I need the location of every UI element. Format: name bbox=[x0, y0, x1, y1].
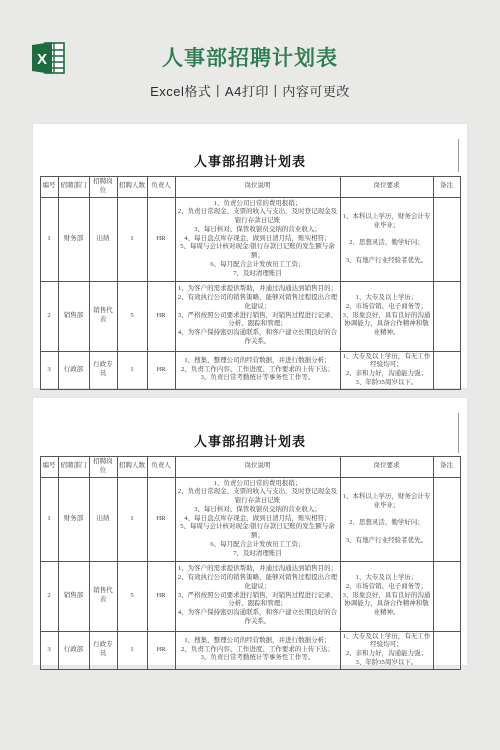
cell-owner: HR bbox=[147, 631, 175, 669]
cell-requirements: 1、大专及以上学历； 2、市场营销、电子商务等； 3、形象良好，具有良好的沟通协… bbox=[340, 561, 433, 631]
cell-dept: 销售部 bbox=[58, 281, 89, 351]
page-header: X 人事部招聘计划表 Excel格式丨A4打印丨内容可更改 bbox=[0, 0, 500, 110]
cell-dept: 财务部 bbox=[58, 477, 89, 561]
cell-description: 1、搜集、整理公司的经营数据，并进行数据分析； 2、负责工作内容、工作进度、工作… bbox=[175, 631, 340, 669]
cell-note bbox=[433, 561, 460, 631]
cell-requirements: 1、大专及以上学历，有无工作经验均可； 2、亲和力好，沟通能力强； 3、年龄35… bbox=[340, 631, 433, 669]
cell-owner: HR bbox=[147, 477, 175, 561]
col-header-position: 招聘岗位 bbox=[89, 177, 117, 198]
cell-headcount: 5 bbox=[117, 281, 147, 351]
cell-requirements: 1、大专及以上学历； 2、市场营销、电子商务等； 3、形象良好，具有良好的沟通协… bbox=[340, 281, 433, 351]
col-header-no: 编号 bbox=[40, 177, 58, 198]
col-header-requirements: 岗位要求 bbox=[340, 457, 433, 478]
cell-note bbox=[433, 631, 460, 669]
gridline-artifact bbox=[458, 139, 459, 172]
col-header-position: 招聘岗位 bbox=[89, 457, 117, 478]
col-header-description: 岗位说明 bbox=[175, 457, 340, 478]
cell-note bbox=[433, 477, 460, 561]
cell-description: 1、为客户的需求提供帮助，并通过沟通达到销售目的； 2、有效执行公司的销售策略，… bbox=[175, 561, 340, 631]
cell-position: 销售代表 bbox=[89, 281, 117, 351]
excel-logo-icon: X bbox=[32, 41, 66, 75]
cell-description: 1、负责公司日常的费用报销； 2、负责日常现金、支票的收入与支出，及时登记现金及… bbox=[175, 197, 340, 281]
col-header-note: 备注 bbox=[433, 457, 460, 478]
cell-note bbox=[433, 197, 460, 281]
col-header-owner: 负责人 bbox=[147, 457, 175, 478]
cell-position: 出纳 bbox=[89, 197, 117, 281]
page-subtitle: Excel格式丨A4打印丨内容可更改 bbox=[0, 81, 500, 100]
cell-description: 1、负责公司日常的费用报销； 2、负责日常现金、支票的收入与支出，及时登记现金及… bbox=[175, 477, 340, 561]
recruitment-table: 编号 招聘部门 招聘岗位 招聘人数 负责人 岗位说明 岗位要求 备注 1 财务部… bbox=[40, 176, 461, 390]
cell-owner: HR bbox=[147, 281, 175, 351]
table-header-row: 编号 招聘部门 招聘岗位 招聘人数 负责人 岗位说明 岗位要求 备注 bbox=[40, 457, 460, 478]
col-header-dept: 招聘部门 bbox=[58, 177, 89, 198]
table-row: 1 财务部 出纳 1 HR 1、负责公司日常的费用报销； 2、负责日常现金、支票… bbox=[40, 197, 460, 281]
page-title: 人事部招聘计划表 bbox=[0, 0, 500, 72]
cell-description: 1、搜集、整理公司的经营数据，并进行数据分析； 2、负责工作内容、工作进度、工作… bbox=[175, 351, 340, 389]
cell-no: 1 bbox=[40, 477, 58, 561]
gridline-artifact bbox=[458, 413, 459, 453]
cell-dept: 财务部 bbox=[58, 197, 89, 281]
cell-position: 销售代表 bbox=[89, 561, 117, 631]
table-row: 2 销售部 销售代表 5 HR 1、为客户的需求提供帮助，并通过沟通达到销售目的… bbox=[40, 281, 460, 351]
cell-requirements: 1、本科以上学历，财务会计专业毕业； 2、思想灵活，勤学好问； 3、有地产行业经… bbox=[340, 477, 433, 561]
col-header-note: 备注 bbox=[433, 177, 460, 198]
table-header-row: 编号 招聘部门 招聘岗位 招聘人数 负责人 岗位说明 岗位要求 备注 bbox=[40, 177, 460, 198]
col-header-headcount: 招聘人数 bbox=[117, 457, 147, 478]
cell-headcount: 1 bbox=[117, 477, 147, 561]
cell-headcount: 1 bbox=[117, 351, 147, 389]
table-row: 3 行政部 行政专员 1 HR 1、搜集、整理公司的经营数据，并进行数据分析； … bbox=[40, 351, 460, 389]
col-header-dept: 招聘部门 bbox=[58, 457, 89, 478]
cell-position: 行政专员 bbox=[89, 351, 117, 389]
cell-dept: 行政部 bbox=[58, 351, 89, 389]
table-row: 3 行政部 行政专员 1 HR 1、搜集、整理公司的经营数据，并进行数据分析； … bbox=[40, 631, 460, 669]
cell-no: 3 bbox=[40, 351, 58, 389]
cell-owner: HR bbox=[147, 197, 175, 281]
cell-headcount: 1 bbox=[117, 631, 147, 669]
cell-description: 1、为客户的需求提供帮助，并通过沟通达到销售目的； 2、有效执行公司的销售策略，… bbox=[175, 281, 340, 351]
cell-position: 行政专员 bbox=[89, 631, 117, 669]
col-header-description: 岗位说明 bbox=[175, 177, 340, 198]
cell-owner: HR bbox=[147, 561, 175, 631]
cell-note bbox=[433, 281, 460, 351]
sheet-preview-card-1: 人事部招聘计划表 编号 招聘部门 招聘岗位 招聘人数 负责人 岗位说明 岗位要求… bbox=[33, 124, 467, 388]
col-header-owner: 负责人 bbox=[147, 177, 175, 198]
cell-no: 2 bbox=[40, 561, 58, 631]
cell-note bbox=[433, 351, 460, 389]
cell-position: 出纳 bbox=[89, 477, 117, 561]
svg-text:X: X bbox=[37, 51, 47, 68]
cell-no: 2 bbox=[40, 281, 58, 351]
cell-requirements: 1、大专及以上学历，有无工作经验均可； 2、亲和力好，沟通能力强； 3、年龄35… bbox=[340, 351, 433, 389]
sheet-preview-card-2: 人事部招聘计划表 编号 招聘部门 招聘岗位 招聘人数 负责人 岗位说明 岗位要求… bbox=[33, 398, 467, 665]
cell-requirements: 1、本科以上学历，财务会计专业毕业； 2、思想灵活，勤学好问； 3、有地产行业经… bbox=[340, 197, 433, 281]
cell-owner: HR bbox=[147, 351, 175, 389]
cell-headcount: 5 bbox=[117, 561, 147, 631]
sheet-title: 人事部招聘计划表 bbox=[33, 398, 467, 450]
sheet-title: 人事部招聘计划表 bbox=[33, 124, 467, 170]
table-row: 2 销售部 销售代表 5 HR 1、为客户的需求提供帮助，并通过沟通达到销售目的… bbox=[40, 561, 460, 631]
col-header-no: 编号 bbox=[40, 457, 58, 478]
cell-no: 1 bbox=[40, 197, 58, 281]
cell-dept: 行政部 bbox=[58, 631, 89, 669]
col-header-requirements: 岗位要求 bbox=[340, 177, 433, 198]
col-header-headcount: 招聘人数 bbox=[117, 177, 147, 198]
cell-headcount: 1 bbox=[117, 197, 147, 281]
cell-dept: 销售部 bbox=[58, 561, 89, 631]
table-row: 1 财务部 出纳 1 HR 1、负责公司日常的费用报销； 2、负责日常现金、支票… bbox=[40, 477, 460, 561]
cell-no: 3 bbox=[40, 631, 58, 669]
recruitment-table: 编号 招聘部门 招聘岗位 招聘人数 负责人 岗位说明 岗位要求 备注 1 财务部… bbox=[40, 456, 461, 670]
